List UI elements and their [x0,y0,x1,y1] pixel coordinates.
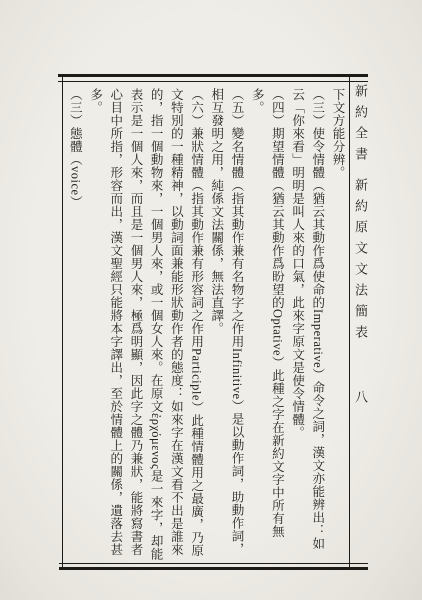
page-number: 八 [353,390,368,411]
paragraph-optative-mood: （四）期望情體（猶云其動作爲盼望的Optative）此種之字在新約文字中所有無多… [247,88,287,563]
paragraph-infinitive-mood: （五）變名情體（指其動作兼有名物字之作用Infinitive）是以動作詞，助動作… [207,88,247,563]
main-text-area: 下文方能分辨。 （三）使令情體（猶云其動作爲使命的Imperative）命令之詞… [64,88,348,563]
frame-rule-left [62,74,63,570]
frame-rule-top-thin [58,81,368,82]
book-title: 新約全書 [353,84,368,168]
frame-rule-bottom-thin [59,563,368,564]
paragraph-imperative-mood: （三）使令情體（猶云其動作爲使命的Imperative）命令之詞，漢文亦能辨出：… [287,88,327,563]
paragraph-participle-mood: （六）兼狀情體（指其動作兼有形容詞之作用Participle）此種情體用之最廣，… [85,88,206,563]
frame-rule-bottom-thick [59,567,368,570]
margin-title-strip: 新約全書新約原文文法簡表八 [352,84,369,564]
frame-rule-title-separator [349,74,350,570]
frame-rule-top-thick [58,74,368,77]
paragraph-voice-intro: 希臘人不獨認定動字應有時間與情體兩種關係，更以爲動作必含有態度（原文文法名曰聲）… [64,88,65,563]
section-heading-voice: （三）態體（voice） [65,88,85,563]
scanned-book-page: 下文方能分辨。 （三）使令情體（猶云其動作爲使命的Imperative）命令之詞… [0,0,422,600]
section-title: 新約原文文法簡表 [353,178,368,346]
paragraph-continuation: 下文方能分辨。 [328,88,348,563]
